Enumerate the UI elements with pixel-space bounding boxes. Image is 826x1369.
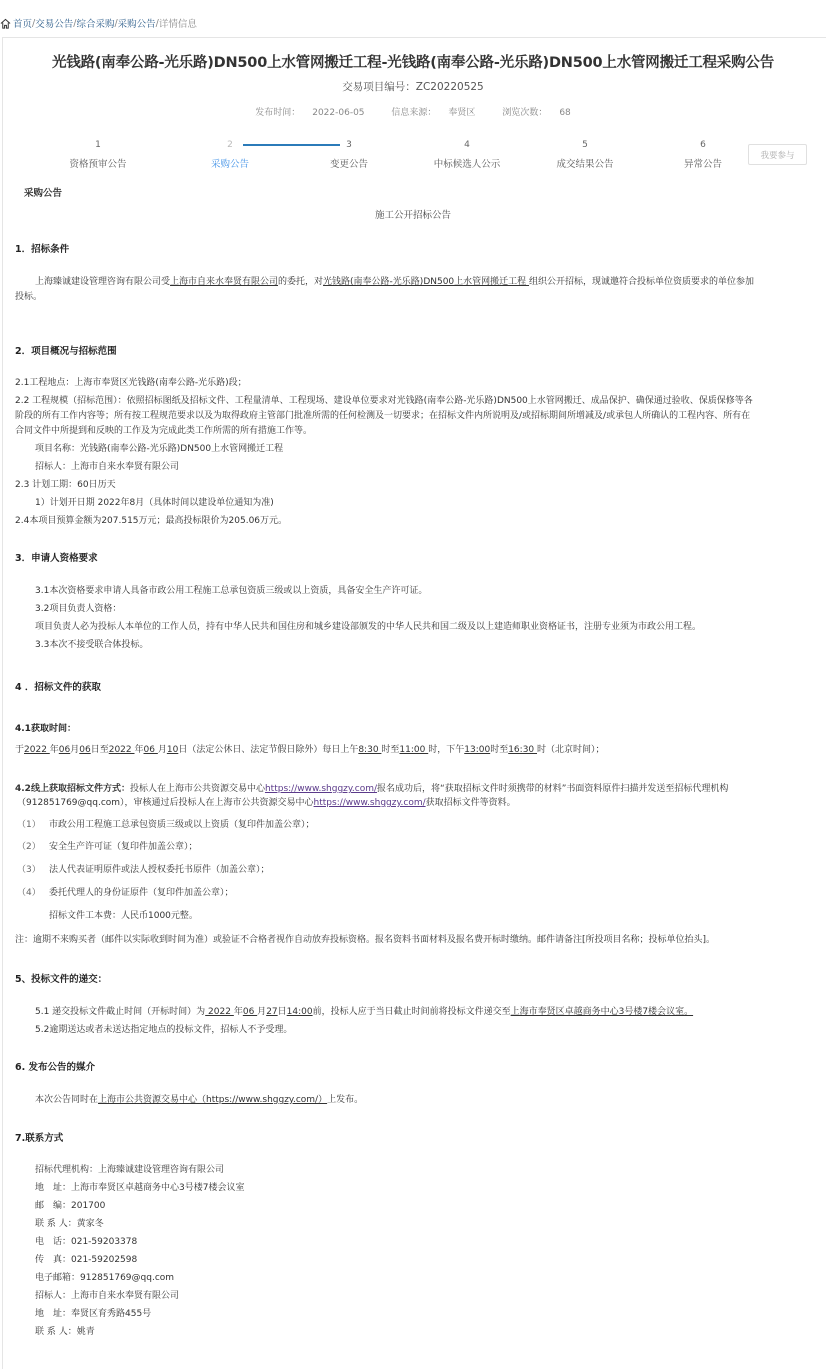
meta-info: 发布时间：2022-06-05 信息来源：奉贤区 浏览次数：68 — [0, 105, 826, 118]
contact-line-tenderer-address: 地 址：奉贤区育秀路455号 — [35, 1308, 151, 1320]
section-2-line: 2.2 工程规模（招标范围）：依照招标图纸及招标文件、工程量清单、工程现场、建设… — [15, 395, 753, 407]
join-button[interactable]: 我要参与 — [748, 144, 807, 165]
breadcrumb: 首页 / 交易公告 / 综合采购 / 采购公告 / 详情信息 — [0, 16, 197, 30]
section-2-line: 2.3 计划工期：60日历天 — [15, 479, 116, 491]
step-number: 1 — [38, 138, 158, 152]
section-6-paragraph: 本次公告同时在上海市公共资源交易中心（https://www.shggzy.co… — [35, 1094, 363, 1106]
section-2-line: 项目名称：光钱路(南奉公路-光乐路)DN500上水管网搬迁工程 — [35, 443, 283, 455]
text: 年 — [234, 1007, 243, 1017]
public-resource-center-link[interactable]: 上海市公共资源交易中心（https://www.shggzy.com/） — [98, 1095, 327, 1105]
submission-location: 上海市奉贤区卓越商务中心3号楼7楼会议室。 — [511, 1007, 693, 1017]
view-count: 浏览次数：68 — [496, 108, 576, 118]
online-acquisition-line-2: （912851769@qq.com），审核通过后投标人在上海市公共资源交易中心h… — [17, 797, 516, 809]
time: 11:00 — [399, 745, 428, 755]
time: 8:30 — [358, 745, 381, 755]
list-item: 安全生产许可证（复印件加盖公章）； — [49, 841, 198, 853]
text: 时至 — [490, 745, 508, 755]
text: 月 — [158, 745, 167, 755]
section-label: 采购公告 — [24, 185, 62, 199]
view-count-label: 浏览次数： — [502, 108, 547, 118]
list-item-number: （3） — [17, 864, 41, 876]
section-2-line: 招标人：上海市自来水奉贤有限公司 — [35, 461, 179, 473]
section-3-line: 3.3本次不接受联合体投标。 — [35, 639, 148, 651]
list-item-number: （2） — [17, 841, 41, 853]
text: 年 — [50, 745, 59, 755]
year: 2022 — [109, 745, 135, 755]
step-change[interactable]: 3变更公告 — [289, 138, 409, 170]
document-fee: 招标文件工本费：人民币1000元整。 — [49, 910, 198, 922]
section-5-heading: 5、投标文件的递交： — [15, 971, 107, 985]
section-2-heading: 2．项目概况与招标范围 — [15, 343, 117, 357]
acquisition-time: 于2022 年06月06日至2022 年06 月10日（法定公休日、法定节假日除… — [15, 744, 605, 756]
section-2-line: 1）计划开日期 2022年8月（具体时间以建设单位通知为准) — [35, 497, 274, 509]
contact-line-tenderer: 招标人：上海市自来水奉贤有限公司 — [35, 1290, 179, 1302]
text: 投标人在上海市公共资源交易中心 — [130, 784, 265, 794]
shggzy-link[interactable]: https://www.shggzy.com/ — [314, 798, 426, 808]
step-results[interactable]: 5成交结果公告 — [525, 138, 645, 170]
project-number-value: ZC20220525 — [416, 81, 484, 93]
text: 日 — [278, 1007, 287, 1017]
step-label: 变更公告 — [289, 156, 409, 170]
breadcrumb-procurement-announcement[interactable]: 采购公告 — [118, 16, 156, 30]
section-4-note: 注：逾期不来购买者（邮件以实际收到时间为准）或验证不合格者视作自动放弃投标资格。… — [15, 934, 715, 946]
step-number: 6 — [643, 138, 763, 152]
text: 前，投标人应于当日截止时间前将投标文件递交至 — [313, 1007, 511, 1017]
text: （912851769@qq.com），审核通过后投标人在上海市公共资源交易中心 — [17, 798, 314, 808]
text: 月 — [257, 1007, 266, 1017]
section-3-heading: 3．申请人资格要求 — [15, 550, 98, 564]
month: 06 — [59, 745, 70, 755]
page-title: 光钱路(南奉公路-光乐路)DN500上水管网搬迁工程-光钱路(南奉公路-光乐路)… — [0, 51, 826, 72]
section-2-line: 2.4本项目预算金额为207.515万元；最高投标限价为205.06万元。 — [15, 515, 287, 527]
text: 的委托，对 — [278, 277, 323, 287]
section-5-line: 5.2逾期送达或者未送达指定地点的投标文件，招标人不予受理。 — [35, 1024, 292, 1036]
section-7-heading: 7.联系方式 — [15, 1130, 63, 1144]
section-2-line: 2.1工程地点：上海市奉贤区光钱路(南奉公路-光乐路)段； — [15, 377, 247, 389]
publish-time: 发布时间：2022-06-05 — [249, 108, 370, 118]
text: 组织公开招标，现诚邀符合投标单位资质要求的单位参加 — [529, 277, 754, 287]
contact-line-postcode: 邮 编：201700 — [35, 1200, 105, 1212]
list-item-number: （4） — [17, 887, 41, 899]
step-label: 中标候选人公示 — [407, 156, 527, 170]
step-prequalification[interactable]: 1资格预审公告 — [38, 138, 158, 170]
section-3-line: 项目负责人必为投标人本单位的工作人员，持有中华人民共和国住房和城乡建设部颁发的中… — [35, 621, 701, 633]
text: 时至 — [381, 745, 399, 755]
step-label: 异常公告 — [643, 156, 763, 170]
step-exception[interactable]: 6异常公告 — [643, 138, 763, 170]
section-1-heading: 1．招标条件 — [15, 241, 69, 255]
section-3-line: 3.1本次资格要求申请人具备市政公用工程施工总承包资质三级或以上资质，具备安全生… — [35, 585, 427, 597]
step-number: 4 — [407, 138, 527, 152]
text: 于 — [15, 745, 24, 755]
text: 日至 — [91, 745, 109, 755]
section-2-line: 阶段的所有工作内容等；所有按工程规范要求以及为取得政府主管部门批准所需的任何检测… — [15, 410, 750, 422]
contact-line-tenderer-person: 联 系 人：姚青 — [35, 1326, 95, 1338]
section-6-heading: 6. 发布公告的媒介 — [15, 1059, 95, 1073]
time: 16:30 — [508, 745, 537, 755]
project-name: 光钱路(南奉公路-光乐路)DN500上水管网搬迁工程 — [323, 277, 529, 287]
step-number: 5 — [525, 138, 645, 152]
process-steps: 1资格预审公告 2采购公告 3变更公告 4中标候选人公示 5成交结果公告 6异常… — [0, 138, 826, 178]
shggzy-link[interactable]: https://www.shggzy.com/ — [265, 784, 377, 794]
day: 10 — [167, 745, 178, 755]
contact-line-person: 联 系 人：黄家冬 — [35, 1218, 104, 1230]
breadcrumb-current: 详情信息 — [159, 16, 197, 30]
text: 时，下午 — [428, 745, 464, 755]
section-2-line: 合同文件中所提到和反映的工作及为完成此类工作所需的所有措施工作等。 — [15, 425, 312, 437]
tenderer-name: 上海市自来水奉贤有限公司 — [170, 277, 278, 287]
submission-deadline: 5.1 递交投标文件截止时间（开标时间）为 2022 年06 月27日14:00… — [35, 1006, 693, 1018]
step-label: 成交结果公告 — [525, 156, 645, 170]
home-icon[interactable] — [0, 18, 11, 29]
text: 时（北京时间）； — [537, 745, 605, 755]
time: 13:00 — [464, 745, 490, 755]
section-4-heading: 4 ．招标文件的获取 — [15, 679, 101, 693]
list-item: 法人代表证明原件或法人授权委托书原件（加盖公章）； — [49, 864, 270, 876]
breadcrumb-comprehensive-procurement[interactable]: 综合采购 — [76, 16, 114, 30]
day: 06 — [79, 745, 90, 755]
year: 2022 — [24, 745, 50, 755]
day: 27 — [266, 1007, 277, 1017]
info-source: 信息来源：奉贤区 — [385, 108, 481, 118]
breadcrumb-trade-announcements[interactable]: 交易公告 — [35, 16, 73, 30]
year: 2022 — [205, 1007, 234, 1017]
breadcrumb-home[interactable]: 首页 — [13, 16, 32, 30]
text: 5.1 递交投标文件截止时间（开标时间）为 — [35, 1007, 205, 1017]
step-candidates[interactable]: 4中标候选人公示 — [407, 138, 527, 170]
step-progress-line — [243, 144, 340, 146]
section-4-1-heading: 4.1获取时间： — [15, 721, 76, 734]
text: 日（法定公休日、法定节假日除外）每日上午 — [178, 745, 358, 755]
info-source-label: 信息来源： — [391, 108, 436, 118]
contact-line-phone: 电 话：021-59203378 — [35, 1236, 137, 1248]
text: 上发布。 — [327, 1095, 363, 1105]
section-4-2-heading: 4.2线上获取招标文件方式： — [15, 784, 130, 794]
publish-time-value: 2022-06-05 — [312, 108, 364, 118]
month: 06 — [243, 1007, 257, 1017]
list-item-number: （1） — [17, 819, 41, 831]
list-item: 委托代理人的身份证原件（复印件加盖公章）； — [49, 887, 234, 899]
list-item: 市政公用工程施工总承包资质三级或以上资质（复印件加盖公章）； — [49, 819, 315, 831]
section-1-paragraph: 上海臻诚建设管理咨询有限公司受上海市自来水奉贤有限公司的委托，对光钱路(南奉公路… — [35, 276, 754, 288]
contact-line-email: 电子邮箱：912851769@qq.com — [35, 1272, 174, 1284]
contact-line-agency: 招标代理机构：上海臻诚建设管理咨询有限公司 — [35, 1164, 224, 1176]
step-label: 采购公告 — [170, 156, 290, 170]
contact-line-fax: 传 真：021-59202598 — [35, 1254, 137, 1266]
text: 上海臻诚建设管理咨询有限公司受 — [35, 277, 170, 287]
online-acquisition-line-1: 4.2线上获取招标文件方式：投标人在上海市公共资源交易中心https://www… — [15, 783, 728, 795]
month: 06 — [144, 745, 158, 755]
step-label: 资格预审公告 — [38, 156, 158, 170]
info-source-value: 奉贤区 — [448, 108, 475, 118]
project-number: 交易项目编号：ZC20220525 — [0, 79, 826, 94]
section-1-paragraph-end: 投标。 — [15, 291, 42, 303]
announcement-subtitle: 施工公开招标公告 — [0, 207, 826, 221]
view-count-value: 68 — [559, 108, 570, 118]
text: 年 — [135, 745, 144, 755]
section-3-line: 3.2项目负责人资格： — [35, 603, 121, 615]
publish-time-label: 发布时间： — [255, 108, 300, 118]
text: 月 — [70, 745, 79, 755]
step-procurement[interactable]: 2采购公告 — [170, 138, 290, 170]
text: 本次公告同时在 — [35, 1095, 98, 1105]
text: 获取招标文件等资料。 — [426, 798, 516, 808]
contact-line-address: 地 址：上海市奉贤区卓越商务中心3号楼7楼会议室 — [35, 1182, 244, 1194]
text: 报名成功后，将“获取招标文件时须携带的材料”书面资料原件扫描并发送至招标代理机构 — [377, 784, 728, 794]
time: 14:00 — [287, 1007, 313, 1017]
project-number-label: 交易项目编号： — [342, 81, 416, 93]
